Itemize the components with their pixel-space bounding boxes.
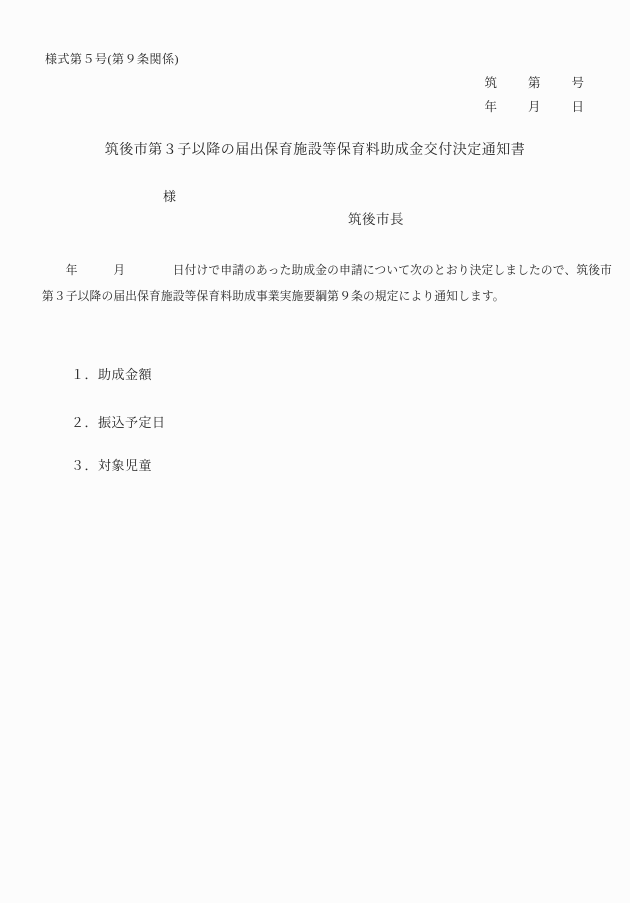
list-item-grant-amount: １．助成金額	[71, 364, 152, 383]
list-item-target-children: ３．対象児童	[71, 455, 152, 474]
date-line: 年 月 日	[484, 97, 586, 115]
body-paragraph-line-2: 第３子以降の届出保育施設等保育料助成事業実施要綱第９条の規定により通知します。	[42, 284, 622, 310]
document-number-line: 筑 第 号	[484, 73, 586, 91]
body-paragraph-line-1: 年 月 日付けで申請のあった助成金の申請について次のとおり決定しましたので、筑後…	[42, 258, 622, 284]
list-item-transfer-date: ２．振込予定日	[71, 412, 166, 431]
body-paragraph: 年 月 日付けで申請のあった助成金の申請について次のとおり決定しましたので、筑後…	[42, 258, 622, 310]
sender-title: 筑後市長	[348, 208, 404, 228]
addressee-honorific: 様	[163, 186, 176, 205]
document-title: 筑後市第３子以降の届出保育施設等保育料助成金交付決定通知書	[0, 139, 630, 159]
document-page: 様式第５号(第９条関係) 筑 第 号 年 月 日 筑後市第３子以降の届出保育施設…	[0, 0, 630, 903]
form-number: 様式第５号(第９条関係)	[45, 50, 179, 67]
